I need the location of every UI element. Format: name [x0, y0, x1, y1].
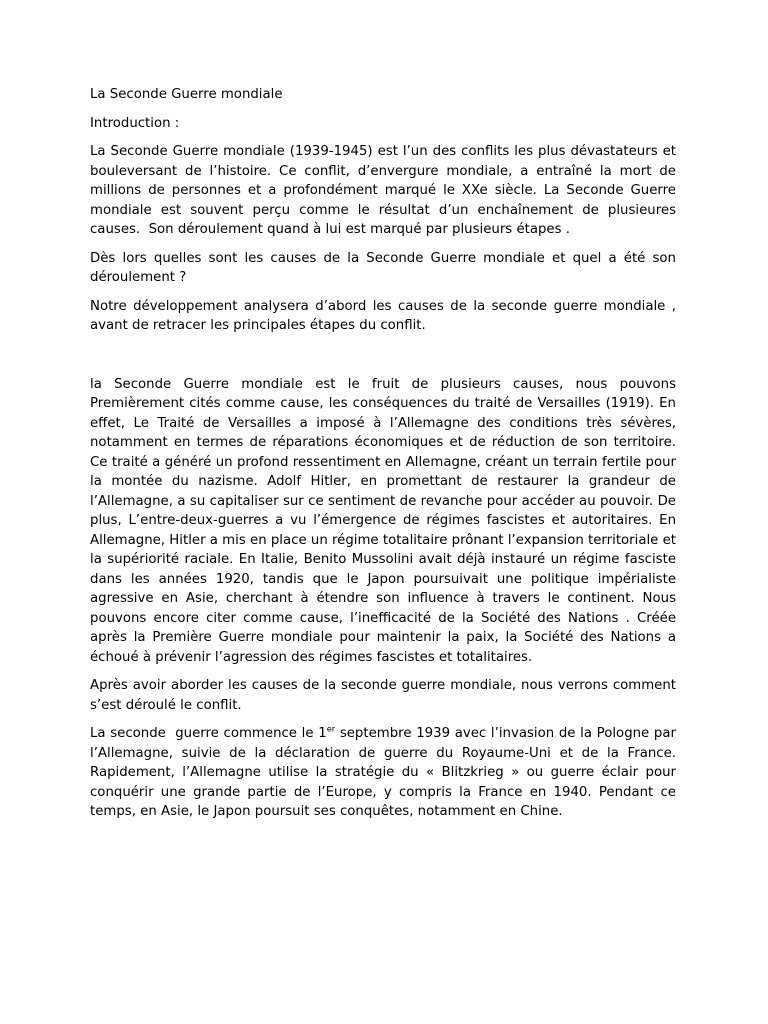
- paragraph-debut-guerre: La seconde guerre commence le 1er septem…: [90, 724, 676, 822]
- paragraph-plan: Notre développement analysera d’abord le…: [90, 297, 676, 336]
- paragraph-causes: la Seconde Guerre mondiale est le fruit …: [90, 375, 676, 668]
- intro-heading: Introduction :: [90, 114, 676, 134]
- ordinal-superscript: er: [327, 724, 335, 734]
- document-title: La Seconde Guerre mondiale: [90, 85, 676, 105]
- paragraph-overview: La Seconde Guerre mondiale (1939-1945) e…: [90, 142, 676, 240]
- debut-guerre-text-before-date: La seconde guerre commence le 1: [90, 726, 327, 741]
- document-page: La Seconde Guerre mondiale Introduction …: [0, 0, 768, 1024]
- paragraph-problematique: Dès lors quelles sont les causes de la S…: [90, 249, 676, 288]
- paragraph-transition: Après avoir aborder les causes de la sec…: [90, 676, 676, 715]
